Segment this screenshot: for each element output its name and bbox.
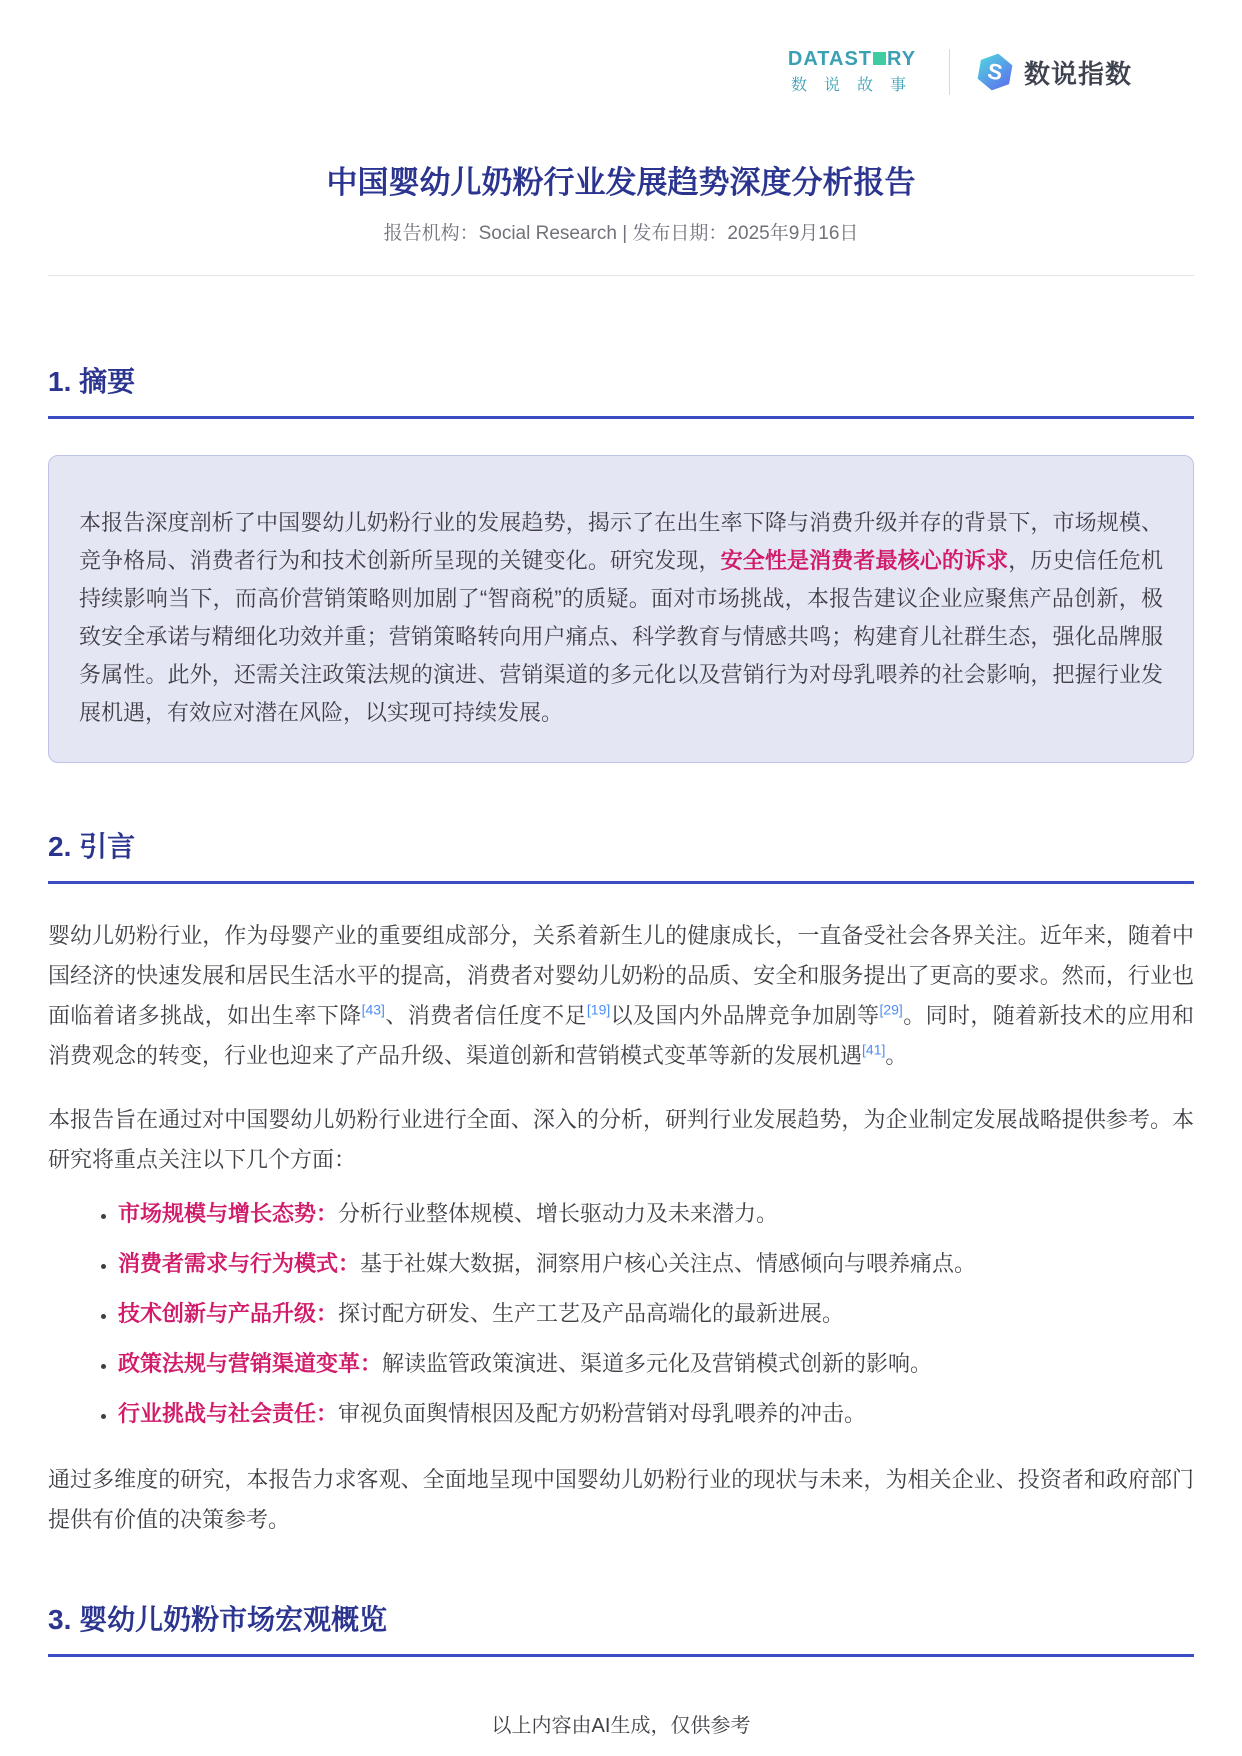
page-header: DATASTRY 数说故事 S [48, 0, 1194, 100]
list-item-policy-channel: 政策法规与营销渠道变革：解读监管政策演进、渠道多元化及营销模式创新的影响。 [118, 1344, 1194, 1384]
focus-list: 市场规模与增长态势：分析行业整体规模、增长驱动力及未来潜力。 消费者需求与行为模… [48, 1194, 1194, 1434]
list-item-tech-innovation: 技术创新与产品升级：探讨配方研发、生产工艺及产品高端化的最新进展。 [118, 1294, 1194, 1334]
intro-paragraph-1: 婴幼儿奶粉行业，作为母婴产业的重要组成部分，关系着新生儿的健康成长，一直备受社会… [48, 916, 1194, 1076]
bullet-text: 审视负面舆情根因及配方奶粉营销对母乳喂养的冲击。 [338, 1401, 866, 1426]
header-divider [48, 275, 1194, 276]
datastory-logo: DATASTRY 数说故事 [781, 49, 923, 95]
datastory-word-post: RY [887, 48, 916, 70]
intro-paragraph-2: 本报告旨在通过对中国婴幼儿奶粉行业进行全面、深入的分析，研判行业发展趋势，为企业… [48, 1100, 1194, 1180]
citation-29[interactable]: [29] [879, 1002, 902, 1018]
intro-p1-text-2: 、消费者信任度不足 [385, 1003, 587, 1028]
datastory-square-icon [873, 52, 886, 65]
report-page: DATASTRY 数说故事 S [0, 0, 1242, 1738]
ai-disclaimer: 以上内容由AI生成，仅供参考 [48, 1709, 1194, 1738]
summary-highlight: 安全性是消费者最核心的诉求 [721, 548, 1009, 573]
datastory-word-pre: DATAST [788, 48, 872, 70]
intro-p1-text-3: 以及国内外品牌竞争加剧等 [610, 1003, 879, 1028]
report-title: 中国婴幼儿奶粉行业发展趋势深度分析报告 [48, 162, 1194, 204]
bullet-lead: 消费者需求与行为模式： [118, 1251, 360, 1276]
summary-text: 本报告深度剖析了中国婴幼儿奶粉行业的发展趋势，揭示了在出生率下降与消费升级并存的… [79, 504, 1163, 732]
list-item-challenge-responsibility: 行业挑战与社会责任：审视负面舆情根因及配方奶粉营销对母乳喂养的冲击。 [118, 1394, 1194, 1434]
list-item-consumer-behavior: 消费者需求与行为模式：基于社媒大数据，洞察用户核心关注点、情感倾向与喂养痛点。 [118, 1244, 1194, 1284]
section-heading-market-overview: 3. 婴幼儿奶粉市场宏观概览 [48, 1602, 1194, 1657]
intro-paragraph-3: 通过多维度的研究，本报告力求客观、全面地呈现中国婴幼儿奶粉行业的现状与未来，为相… [48, 1460, 1194, 1540]
datastory-chinese-name: 数说故事 [781, 72, 923, 95]
datastory-wordmark: DATASTRY [781, 49, 923, 69]
summary-box: 本报告深度剖析了中国婴幼儿奶粉行业的发展趋势，揭示了在出生率下降与消费升级并存的… [48, 455, 1194, 763]
list-item-market-scale: 市场规模与增长态势：分析行业整体规模、增长驱动力及未来潜力。 [118, 1194, 1194, 1234]
summary-part2: ，历史信任危机持续影响当下，而高价营销策略则加剧了“智商税”的质疑。面对市场挑战… [79, 548, 1163, 725]
shuoshuo-index-logo: S 数说指数 [976, 51, 1132, 93]
intro-p1-text-5: 。 [885, 1043, 907, 1068]
index-logo-text: 数说指数 [1024, 54, 1132, 91]
bullet-text: 分析行业整体规模、增长驱动力及未来潜力。 [338, 1201, 778, 1226]
report-meta: 报告机构：Social Research | 发布日期：2025年9月16日 [48, 218, 1194, 245]
bullet-lead: 市场规模与增长态势： [118, 1201, 338, 1226]
citation-19[interactable]: [19] [587, 1002, 610, 1018]
bullet-lead: 行业挑战与社会责任： [118, 1401, 338, 1426]
section-heading-intro: 2. 引言 [48, 829, 1194, 884]
citation-41[interactable]: [41] [862, 1042, 885, 1058]
hexagon-s-icon: S [976, 51, 1014, 93]
section-heading-summary: 1. 摘要 [48, 364, 1194, 419]
bullet-text: 基于社媒大数据，洞察用户核心关注点、情感倾向与喂养痛点。 [360, 1251, 976, 1276]
bullet-text: 解读监管政策演进、渠道多元化及营销模式创新的影响。 [382, 1351, 932, 1376]
citation-43[interactable]: [43] [362, 1002, 385, 1018]
bullet-lead: 政策法规与营销渠道变革： [118, 1351, 382, 1376]
bullet-lead: 技术创新与产品升级： [118, 1301, 338, 1326]
bullet-text: 探讨配方研发、生产工艺及产品高端化的最新进展。 [338, 1301, 844, 1326]
logo-divider [949, 49, 950, 95]
